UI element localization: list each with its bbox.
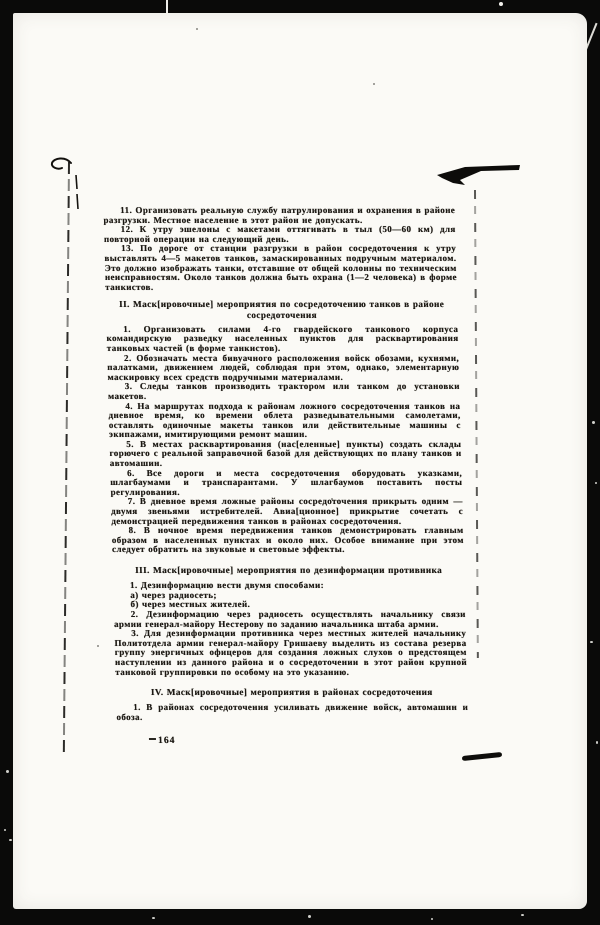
section-iii-heading: III. Маск[ировочные] мероприятия по дези…	[124, 565, 452, 575]
section-iv-heading: IV. Маск[ировочные] мероприятия в района…	[128, 687, 456, 697]
fold-crease-left	[63, 162, 70, 756]
scan-speck	[308, 915, 311, 918]
paragraph-12: 12. К утру эшелоны с макетами оттягивать…	[104, 225, 457, 244]
section-ii-item-5: 5. В местах расквартирования (нас[еленны…	[109, 440, 462, 469]
scan-speck	[431, 918, 433, 920]
scanned-document-screenshot: { "document": { "intro_items": [ "11. Ор…	[0, 0, 600, 925]
ink-swoosh-mark	[437, 165, 520, 185]
page-number: 164	[149, 736, 469, 746]
paper-speck	[97, 645, 99, 647]
scan-edge-white-dot	[499, 2, 503, 6]
section-ii-item-2: 2. Обозначать места бивуачного расположе…	[107, 354, 460, 383]
scan-edge-white-notch	[166, 0, 168, 14]
scan-speck	[9, 839, 12, 841]
section-ii-item-1: 1. Организовать силами 4-го гвардейского…	[106, 325, 459, 354]
scan-speck	[521, 914, 524, 916]
section-iv-item-1: 1. В районах сосредоточения усиливать дв…	[116, 703, 469, 722]
scan-speck	[590, 641, 593, 643]
section-ii-item-3: 3. Следы танков производить трактором ил…	[108, 382, 461, 401]
paragraph-13: 13. По дороге от станции разгрузки в рай…	[104, 244, 457, 292]
fold-crease-right	[474, 190, 479, 658]
section-ii-heading: II. Маск[ировочные] мероприятия по сосре…	[117, 299, 446, 319]
section-ii-item-8: 8. В ночное время передвижения танков де…	[111, 526, 464, 555]
scan-speck	[152, 917, 155, 919]
paper-speck	[196, 28, 198, 30]
section-ii-item-4: 4. На маршрутах подхода к районам ложног…	[108, 402, 461, 440]
scan-speck	[592, 421, 595, 424]
section-iii-item-2: 2. Дезинформацию через радиосеть осущест…	[114, 610, 467, 629]
section-ii-item-6: 6. Все дороги и места сосредоточения обо…	[110, 469, 463, 498]
section-iii-item-3: 3. Для дезинформации противника через ме…	[114, 629, 467, 677]
scan-speck	[4, 829, 6, 831]
scan-speck	[595, 482, 597, 484]
section-ii-item-7: 7. В дневное время ложные районы сосредо…	[111, 497, 464, 526]
document-text-column: 11. Организовать реальную службу патрули…	[103, 206, 469, 755]
ink-tick-mark	[76, 175, 78, 209]
scan-page: 11. Организовать реальную службу патрули…	[13, 13, 587, 909]
scan-speck	[596, 741, 598, 744]
paper-speck	[373, 83, 375, 85]
paragraph-11: 11. Организовать реальную службу патрули…	[103, 206, 456, 225]
scan-speck	[6, 770, 9, 773]
